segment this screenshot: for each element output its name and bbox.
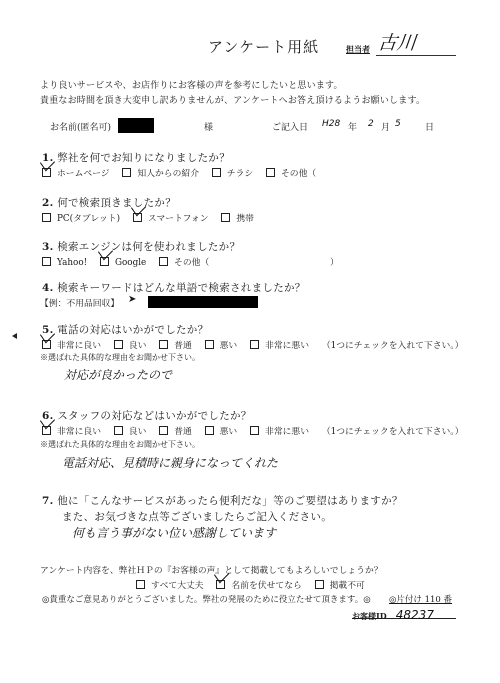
checkbox[interactable]	[205, 426, 214, 435]
name-label: お名前(匿名可)	[50, 120, 111, 133]
checkbox-checked[interactable]	[42, 168, 51, 177]
close-paren: ）	[330, 255, 339, 268]
option-homepage[interactable]: ホームページ	[42, 169, 110, 179]
checkbox[interactable]	[221, 213, 230, 222]
option-very-good[interactable]: 非常に良い	[42, 427, 101, 437]
arrow-icon: ➤	[128, 294, 136, 305]
customer-id-label: お客様ID	[352, 611, 387, 621]
option-anonymous[interactable]: 名前を伏せてなら	[216, 581, 301, 591]
checkbox[interactable]	[114, 426, 123, 435]
question-3: 3. 検索エンジンは何を使われましたか？	[42, 239, 240, 254]
customer-id-value: 48237	[396, 608, 434, 622]
option-other[interactable]: その他（	[159, 258, 209, 268]
reason-prompt: ※選ばれた具体的な理由をお聞かせ下さい。	[40, 439, 200, 450]
intro-line-2: 貴重なお時間を頂き大変申し訳ありませんが、アンケートへお答え頂けるようお願いしま…	[40, 93, 425, 106]
option-average[interactable]: 普通	[159, 427, 192, 437]
question-4: 4. 検索キーワードはどんな単語で検索されましたか？	[42, 280, 306, 295]
checkbox-checked[interactable]	[133, 213, 142, 222]
date-month: 2	[368, 119, 374, 129]
question-5-options: 非常に良い 良い 普通 悪い 非常に悪い （1つにチェックを入れて下さい。）	[42, 338, 464, 351]
reason-prompt: ※選ばれた具体的な理由をお聞かせ下さい。	[40, 352, 200, 363]
question-number: 4.	[42, 282, 54, 294]
single-choice-note: （1つにチェックを入れて下さい。）	[322, 341, 464, 351]
option-smartphone[interactable]: スマートフォン	[133, 214, 209, 224]
year-suffix: 年	[348, 120, 357, 133]
question-number: 7.	[42, 495, 54, 507]
margin-mark-icon	[12, 333, 17, 339]
publish-question: アンケート内容を、弊社ＨＰの『お客様の声』として掲載してもよろしいでしょうか？	[40, 563, 383, 576]
keyword-redacted	[148, 296, 258, 308]
option-mobile[interactable]: 携帯	[221, 214, 254, 224]
handwritten-answer-5: 対応が良かったので	[64, 366, 172, 383]
checkbox[interactable]	[212, 168, 221, 177]
handwritten-answer-6: 電話対応、見積時に親身になってくれた	[62, 454, 278, 471]
honorific: 様	[204, 120, 213, 133]
question-text: 電話の対応はいかがでしたか？	[57, 324, 208, 336]
option-no-publish[interactable]: 掲載不可	[315, 581, 365, 591]
option-very-bad[interactable]: 非常に悪い	[250, 427, 309, 437]
day-suffix: 日	[425, 120, 434, 133]
checkbox[interactable]	[205, 340, 214, 349]
question-6: 6. スタッフの対応などはいかがでしたか？	[42, 408, 252, 423]
question-5: 5. 電話の対応はいかがでしたか？	[42, 322, 208, 337]
checkbox[interactable]	[136, 580, 145, 589]
question-1-options: ホームページ 知人からの紹介 チラシ その他（	[42, 166, 326, 179]
option-all-ok[interactable]: すべて大丈夫	[136, 581, 204, 591]
question-text: 他に「こんなサービスがあったら便利だな」等のご要望はありますか？	[57, 495, 403, 507]
checkbox[interactable]	[315, 580, 324, 589]
question-number: 2.	[42, 197, 54, 209]
option-google[interactable]: Google	[100, 258, 146, 268]
checkbox[interactable]	[114, 340, 123, 349]
thanks-message: ◎貴重なご意見ありがとうございました。弊社の発展のために役立たせて頂きます。◎	[42, 593, 371, 605]
single-choice-note: （1つにチェックを入れて下さい。）	[322, 427, 464, 437]
option-bad[interactable]: 悪い	[205, 341, 238, 351]
question-6-options: 非常に良い 良い 普通 悪い 非常に悪い （1つにチェックを入れて下さい。）	[42, 424, 464, 437]
intro-line-1: より良いサービスや、お店作りにお客様の声を参考にしたいと思います。	[40, 78, 343, 91]
name-redacted	[118, 118, 154, 133]
option-referral[interactable]: 知人からの紹介	[122, 169, 199, 179]
question-2-options: PC(タブレット) スマートフォン 携帯	[42, 211, 264, 224]
checkbox[interactable]	[42, 257, 51, 266]
checkbox-checked[interactable]	[42, 426, 51, 435]
question-7-line-2: また、お気づきな点等ございましたらご記入ください。	[62, 509, 332, 524]
date-day: 5	[395, 119, 401, 129]
option-good[interactable]: 良い	[114, 341, 147, 351]
question-3-options: Yahoo! Google その他（	[42, 255, 219, 268]
question-7: 7. 他に「こんなサービスがあったら便利だな」等のご要望はありますか？	[42, 493, 403, 508]
question-text: 弊社を何でお知りになりましたか？	[57, 152, 230, 164]
question-1: 1. 弊社を何でお知りになりましたか？	[42, 150, 230, 165]
checkbox-checked[interactable]	[100, 257, 109, 266]
question-text: 検索キーワードはどんな単語で検索されましたか？	[57, 282, 305, 294]
checkbox[interactable]	[266, 168, 275, 177]
checkbox[interactable]	[159, 257, 168, 266]
question-number: 3.	[42, 241, 54, 253]
option-very-bad[interactable]: 非常に悪い	[250, 341, 309, 351]
question-text: スタッフの対応などはいかがでしたか？	[57, 410, 251, 422]
option-bad[interactable]: 悪い	[205, 427, 238, 437]
publish-options: すべて大丈夫 名前を伏せてなら 掲載不可	[136, 578, 375, 591]
checkbox[interactable]	[42, 213, 51, 222]
staff-label: 担当者	[346, 44, 370, 55]
option-very-good[interactable]: 非常に良い	[42, 341, 101, 351]
question-text: 検索エンジンは何を使われましたか？	[57, 241, 240, 253]
checkbox-checked[interactable]	[42, 340, 51, 349]
checkbox[interactable]	[159, 340, 168, 349]
checkbox[interactable]	[122, 168, 131, 177]
checkbox[interactable]	[250, 340, 259, 349]
document-title: アンケート用紙	[208, 36, 319, 57]
checkbox-checked[interactable]	[216, 580, 225, 589]
customer-id-field: お客様ID 48237	[352, 604, 456, 619]
question-text: 何で検索頂きましたか？	[57, 197, 176, 209]
handwritten-answer-7: 何も言う事がない位い感謝しています	[72, 524, 276, 541]
staff-signature: 古川	[377, 28, 418, 55]
date-year: H28	[322, 119, 340, 129]
option-pc[interactable]: PC(タブレット)	[42, 214, 120, 224]
month-suffix: 月	[381, 120, 390, 133]
checkbox[interactable]	[159, 426, 168, 435]
checkbox[interactable]	[250, 426, 259, 435]
date-label: ご記入日	[272, 120, 308, 133]
option-flyer[interactable]: チラシ	[212, 169, 253, 179]
staff-signature-line	[376, 55, 456, 56]
option-average[interactable]: 普通	[159, 341, 192, 351]
option-yahoo[interactable]: Yahoo!	[42, 258, 87, 268]
question-2: 2. 何で検索頂きましたか？	[42, 195, 176, 210]
keyword-example: 【例：不用品回収】	[40, 296, 119, 309]
option-good[interactable]: 良い	[114, 427, 147, 437]
option-other[interactable]: その他（	[266, 169, 316, 179]
